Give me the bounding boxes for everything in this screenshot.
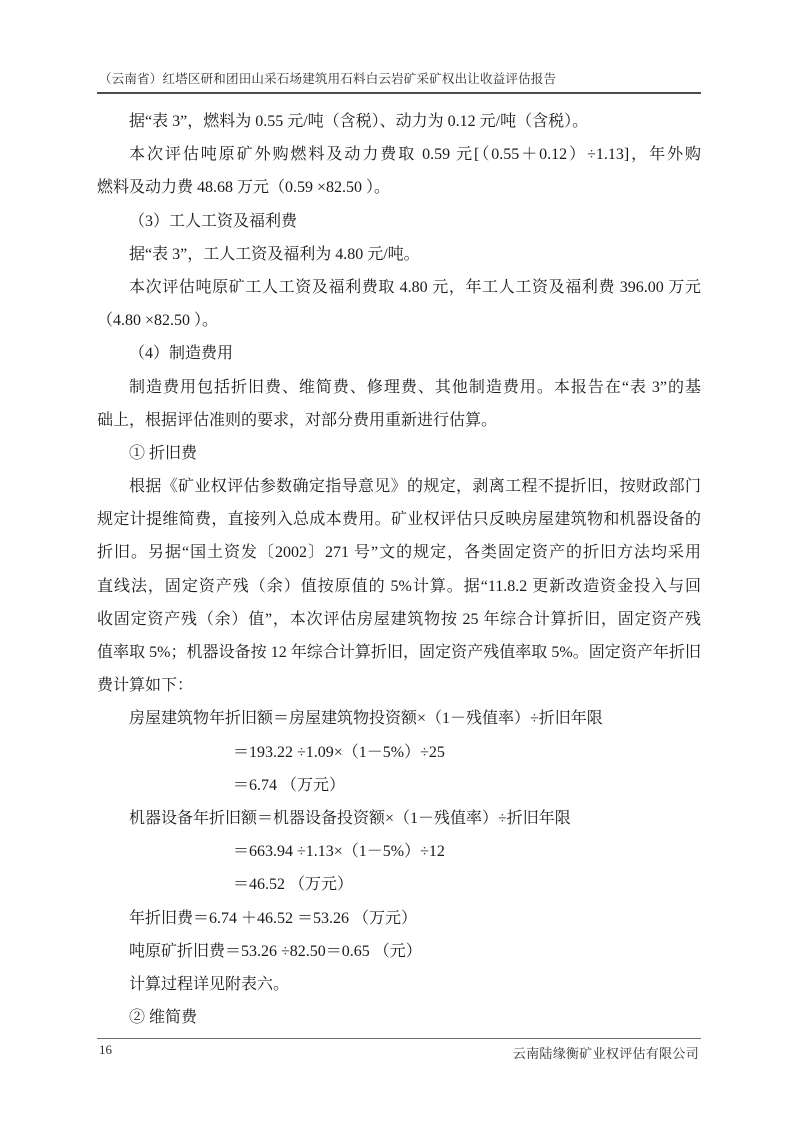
section-heading: （3）工人工资及福利费	[97, 205, 701, 238]
body-line: 据“表 3”，燃料为 0.55 元/吨（含税）、动力为 0.12 元/吨（含税）…	[97, 105, 701, 138]
body-line: 本次评估吨原矿外购燃料及动力费取 0.59 元[（0.55＋0.12）÷1.13…	[97, 138, 701, 171]
header-title: （云南省）红塔区研和团田山采石场建筑用石料白云岩矿采矿权出让收益评估报告	[99, 69, 699, 87]
body-line: 燃料及动力费 48.68 万元（0.59 ×82.50 ）。	[97, 171, 701, 204]
formula-line: ＝46.52 （万元）	[97, 868, 701, 901]
formula-line: ＝663.94 ÷1.13×（1－5%）÷12	[97, 835, 701, 868]
section-heading: ② 维简费	[97, 1001, 701, 1034]
section-heading: （4）制造费用	[97, 337, 701, 370]
body-line: 本次评估吨原矿工人工资及福利费取 4.80 元，年工人工资及福利费 396.00…	[97, 271, 701, 304]
formula-line: ＝6.74 （万元）	[97, 769, 701, 802]
body-line: 折旧。另据“国土资发〔2002〕271 号”文的规定，各类固定资产的折旧方法均采…	[97, 536, 701, 569]
document-body: 据“表 3”，燃料为 0.55 元/吨（含税）、动力为 0.12 元/吨（含税）…	[97, 105, 701, 1034]
page-number: 16	[99, 1042, 112, 1058]
body-line: 直线法，固定资产残（余）值按原值的 5%计算。据“11.8.2 更新改造资金投入…	[97, 570, 701, 603]
body-line: 据“表 3”，工人工资及福利为 4.80 元/吨。	[97, 238, 701, 271]
section-heading: ① 折旧费	[97, 437, 701, 470]
body-line: 收固定资产残（余）值”，本次评估房屋建筑物按 25 年综合计算折旧，固定资产残	[97, 603, 701, 636]
body-line: 费计算如下：	[97, 669, 701, 702]
body-line: 础上，根据评估准则的要求，对部分费用重新进行估算。	[97, 404, 701, 437]
body-line: 根据《矿业权评估参数确定指导意见》的规定，剥离工程不提折旧，按财政部门	[97, 470, 701, 503]
body-line: 值率取 5%；机器设备按 12 年综合计算折旧，固定资产残值率取 5%。固定资产…	[97, 636, 701, 669]
header-rule	[97, 92, 701, 94]
formula-line: 吨原矿折旧费＝53.26 ÷82.50＝0.65 （元）	[97, 935, 701, 968]
body-line: （4.80 ×82.50 ）。	[97, 304, 701, 337]
body-line: 计算过程详见附表六。	[97, 968, 701, 1001]
body-line: 制造费用包括折旧费、维简费、修理费、其他制造费用。本报告在“表 3”的基	[97, 371, 701, 404]
formula-line: ＝193.22 ÷1.09×（1－5%）÷25	[97, 736, 701, 769]
formula-line: 机器设备年折旧额＝机器设备投资额×（1－残值率）÷折旧年限	[97, 802, 701, 835]
formula-line: 房屋建筑物年折旧额＝房屋建筑物投资额×（1－残值率）÷折旧年限	[97, 702, 701, 735]
footer-company-name: 云南陆缘衡矿业权评估有限公司	[513, 1043, 699, 1062]
footer-rule	[97, 1038, 701, 1039]
body-line: 规定计提维简费，直接列入总成本费用。矿业权评估只反映房屋建筑物和机器设备的	[97, 503, 701, 536]
formula-line: 年折旧费＝6.74 ＋46.52 ＝53.26 （万元）	[97, 902, 701, 935]
document-page: （云南省）红塔区研和团田山采石场建筑用石料白云岩矿采矿权出让收益评估报告 据“表…	[0, 0, 794, 1123]
